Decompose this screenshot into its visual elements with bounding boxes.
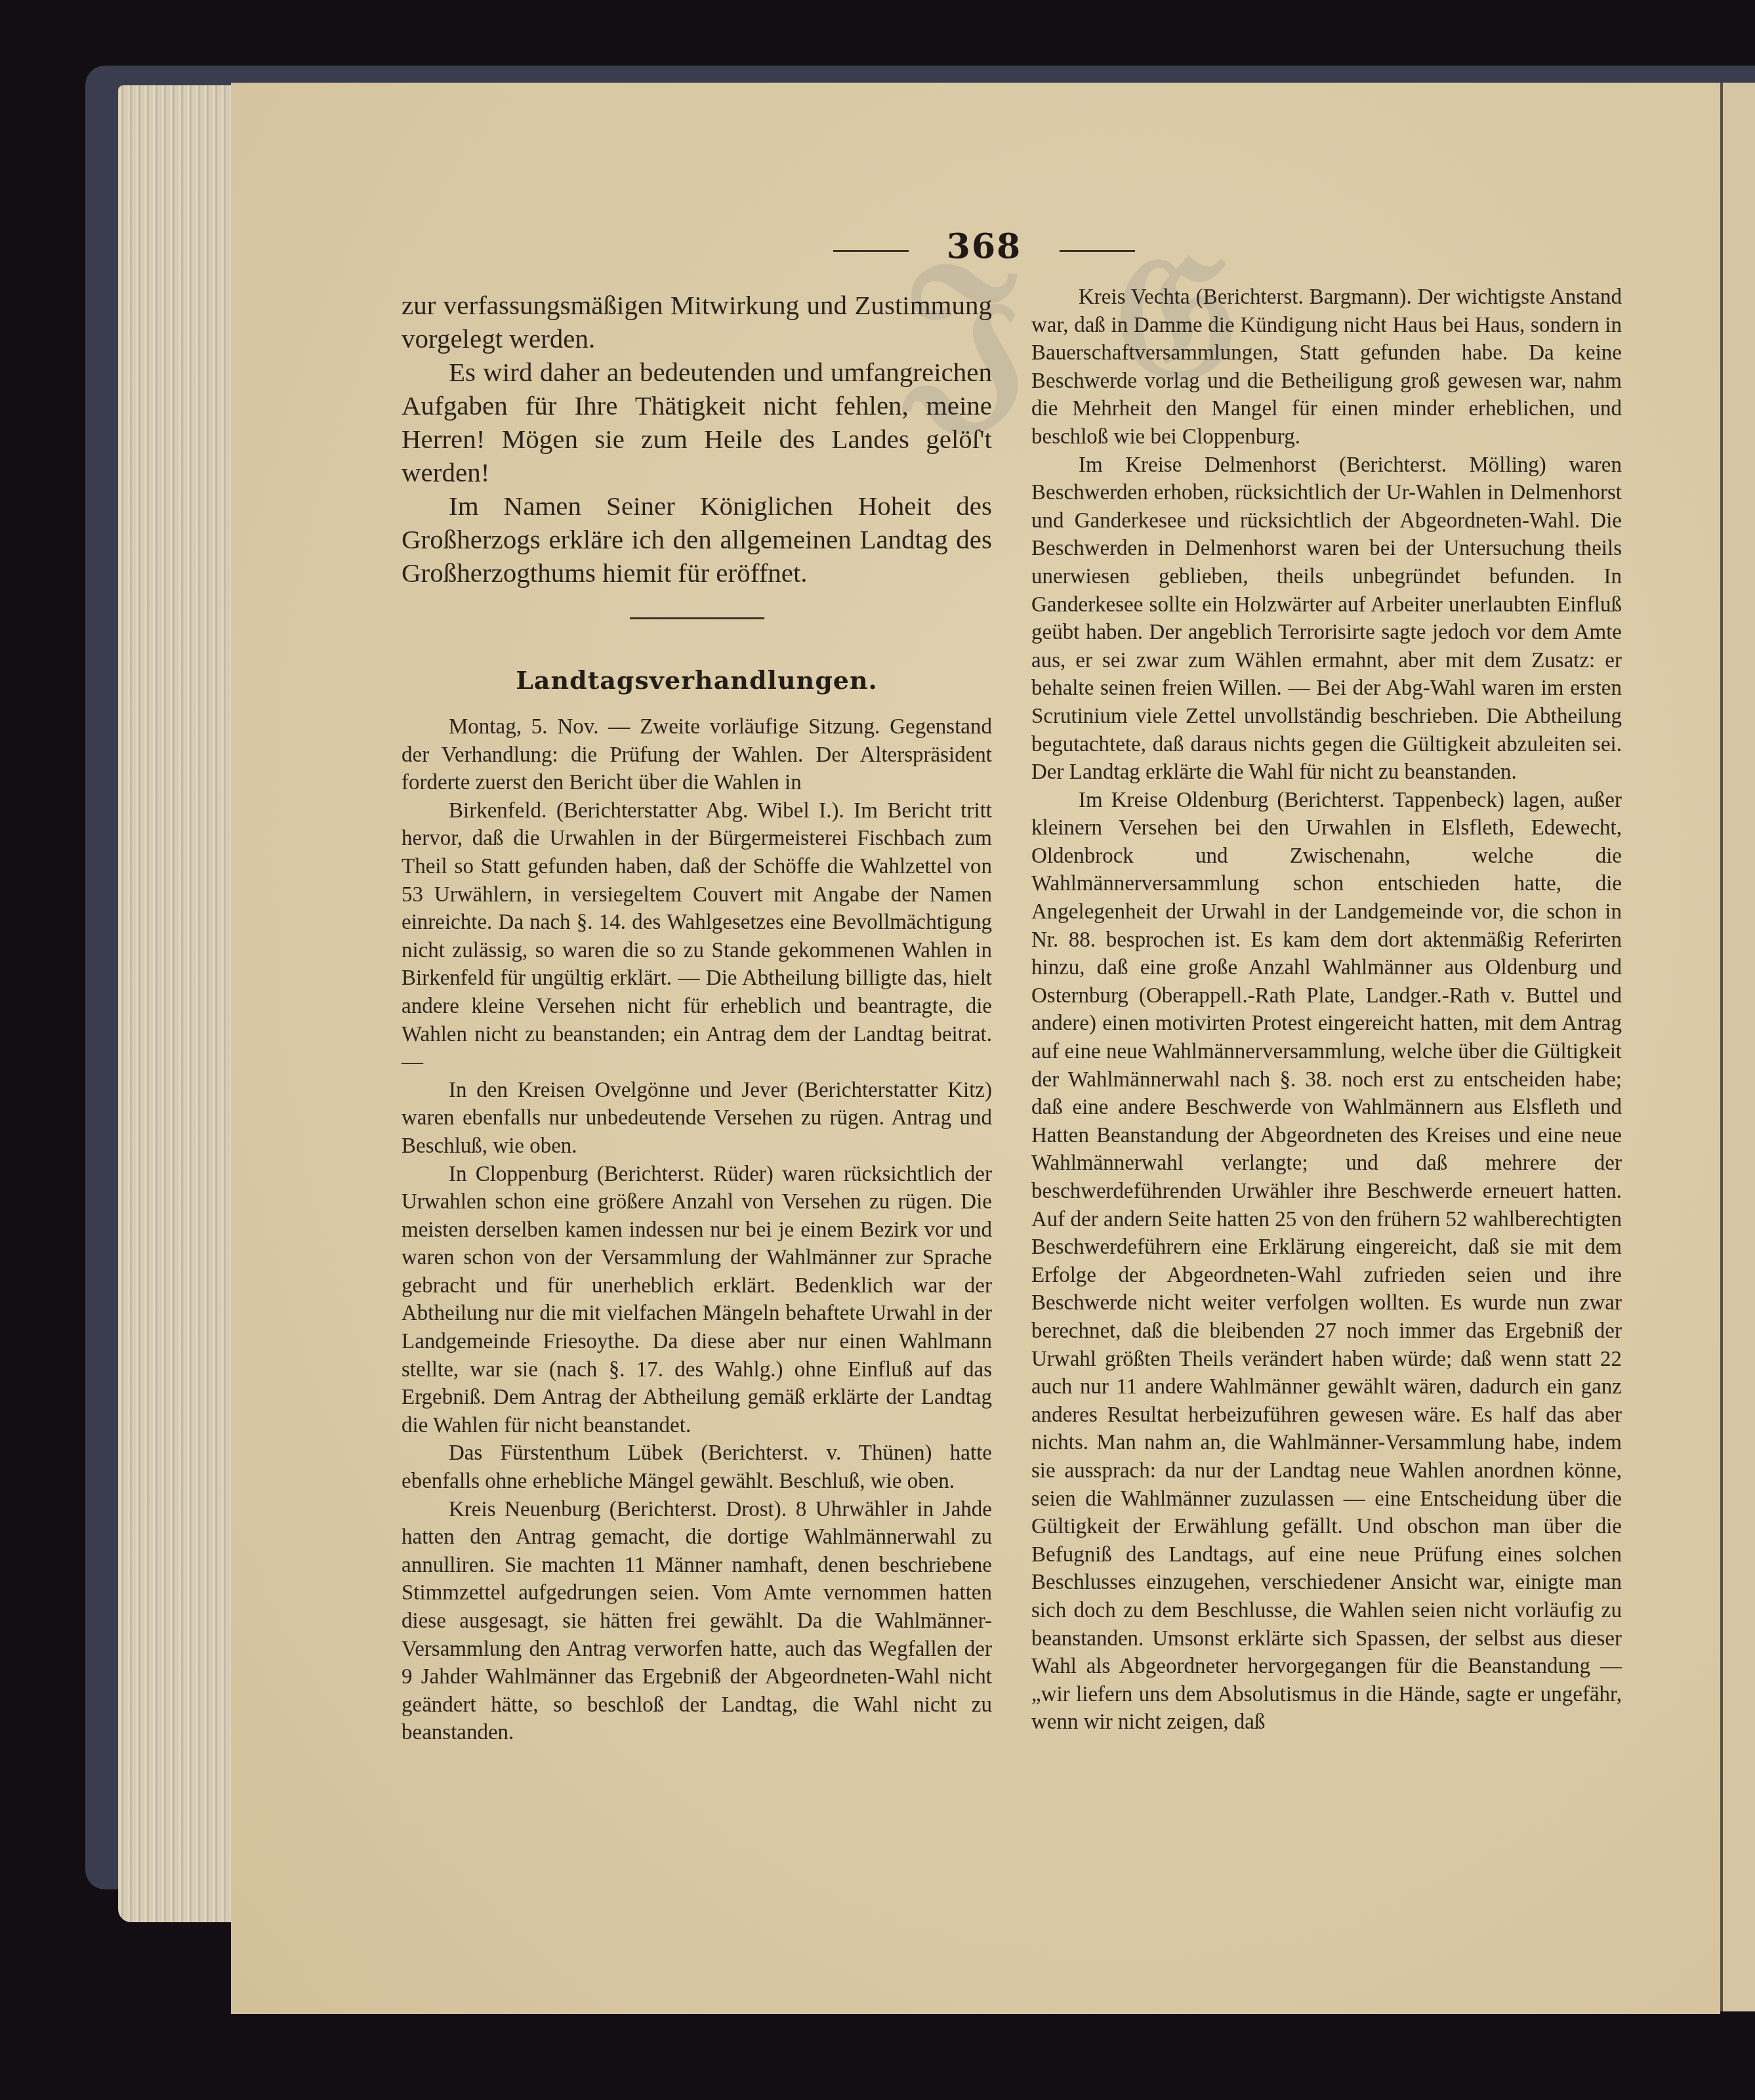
intro-paragraph: Es wird daher an bedeutenden und umfangr… <box>402 356 992 489</box>
proceedings-text: Montag, 5. Nov. — Zweite vorläufige Sitz… <box>402 713 992 1747</box>
paragraph: Birkenfeld. (Berichterstatter Abg. Wibel… <box>402 797 992 1077</box>
section-title: Landtagsverhandlungen. <box>402 665 992 695</box>
paragraph: In den Kreisen Ovelgönne und Jever (Beri… <box>402 1077 992 1161</box>
header-rule-right <box>1060 250 1135 252</box>
paragraph: Im Kreise Oldenburg (Berichterst. Tappen… <box>1031 787 1622 1737</box>
paragraph: Im Kreise Delmenhorst (Berichterst. Möll… <box>1031 451 1622 787</box>
page-stack-edge <box>118 85 233 1922</box>
proceedings-text-continued: Kreis Vechta (Berichterst. Bargmann). De… <box>1031 283 1622 1737</box>
paragraph: In Cloppenburg (Berichterst. Rüder) ware… <box>402 1161 992 1440</box>
page-number: 368 <box>833 226 1135 266</box>
intro-paragraph: Im Namen Seiner Königlichen Hoheit des G… <box>402 489 992 590</box>
paragraph: Montag, 5. Nov. — Zweite vorläufige Sitz… <box>402 713 992 797</box>
speech-conclusion: zur verfassungsmäßigen Mitwirkung und Zu… <box>402 289 992 590</box>
page-header: 368 <box>833 226 1135 266</box>
section-divider <box>630 617 764 619</box>
paragraph: Das Fürstenthum Lübek (Berichterst. v. T… <box>402 1439 992 1495</box>
right-column: Kreis Vechta (Berichterst. Bargmann). De… <box>1031 283 1622 1737</box>
paragraph: Kreis Neuenburg (Berichterst. Drost). 8 … <box>402 1496 992 1747</box>
left-column: zur verfassungsmäßigen Mitwirkung und Zu… <box>402 289 992 1747</box>
paragraph: Kreis Vechta (Berichterst. Bargmann). De… <box>1031 283 1622 451</box>
facing-page-edge <box>1723 83 1755 2011</box>
intro-paragraph: zur verfassungsmäßigen Mitwirkung und Zu… <box>402 289 992 356</box>
